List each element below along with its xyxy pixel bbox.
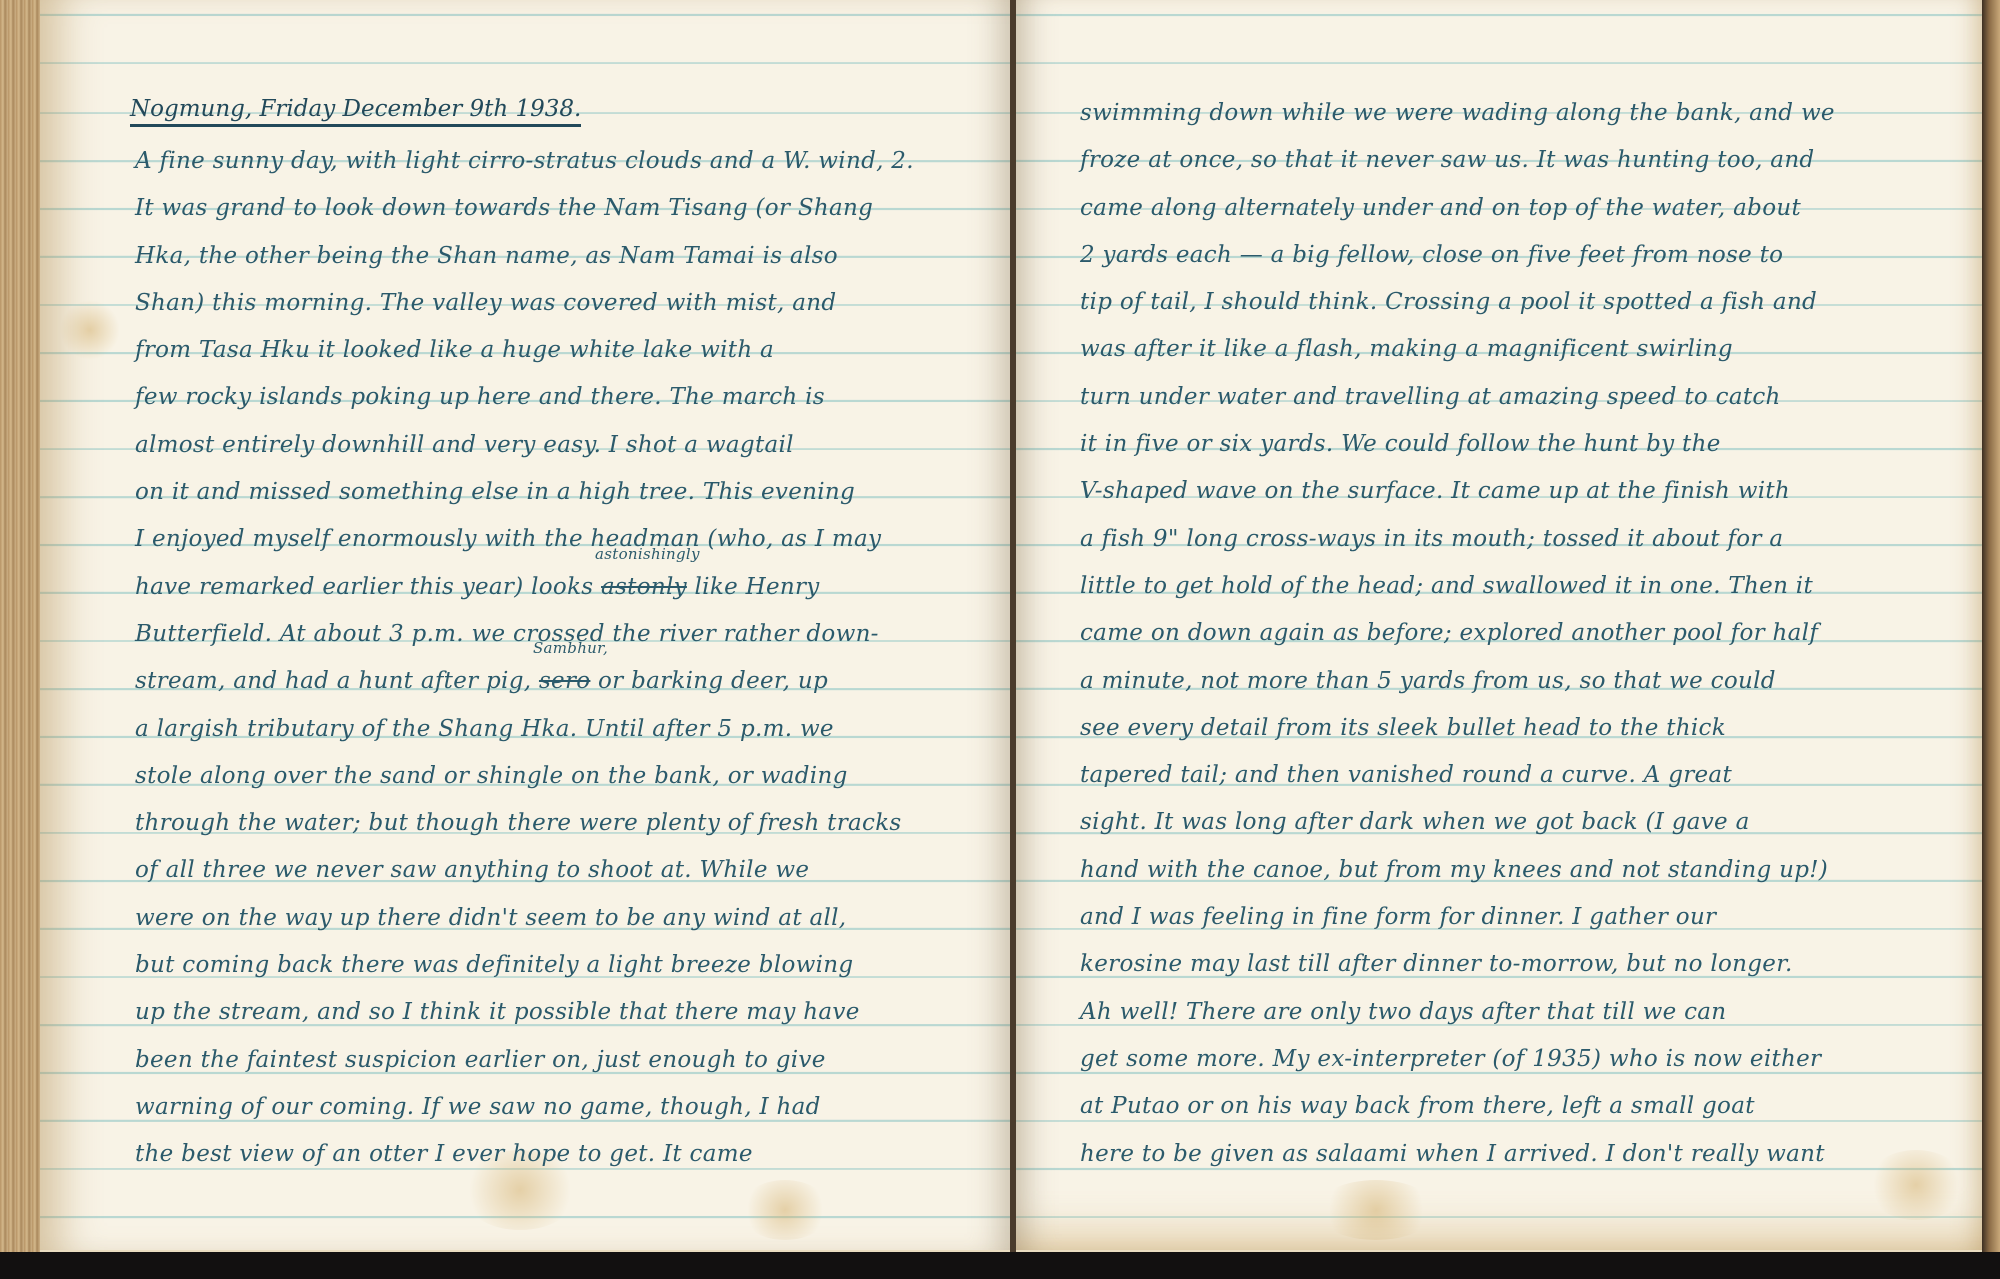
text-line: few rocky islands poking up here and the… <box>135 374 1015 421</box>
text-segment: stream, and had a hunt after pig, <box>135 668 539 694</box>
text-line: 2 yards each — a big fellow, close on fi… <box>1080 232 1980 279</box>
text-line: from Tasa Hku it looked like a huge whit… <box>135 327 1015 374</box>
struck-word: sero <box>539 668 590 694</box>
text-line: came on down again as before; explored a… <box>1080 610 1980 657</box>
left-page: Nogmung, Friday December 9th 1938. A fin… <box>40 0 1010 1250</box>
text-line: were on the way up there didn't seem to … <box>135 895 1015 942</box>
page-edges-left <box>0 0 40 1252</box>
text-line: get some more. My ex-interpreter (of 193… <box>1080 1036 1980 1083</box>
text-line: but coming back there was definitely a l… <box>135 942 1015 989</box>
text-line: Ah well! There are only two days after t… <box>1080 989 1980 1036</box>
text-line: been the faintest suspicion earlier on, … <box>135 1037 1015 1084</box>
scan-background <box>0 1252 2000 1279</box>
text-line: it in five or six yards. We could follow… <box>1080 421 1980 468</box>
text-line: up the stream, and so I think it possibl… <box>135 989 1015 1036</box>
right-page-text: swimming down while we were wading along… <box>1080 90 1980 1178</box>
diary-spread: Nogmung, Friday December 9th 1938. A fin… <box>0 0 2000 1252</box>
text-line: a minute, not more than 5 yards from us,… <box>1080 658 1980 705</box>
inserted-word: Sambhur, <box>533 640 608 656</box>
text-line: It was grand to look down towards the Na… <box>135 185 1015 232</box>
entry-heading: Nogmung, Friday December 9th 1938. <box>130 96 581 127</box>
text-line: Hka, the other being the Shan name, as N… <box>135 233 1015 280</box>
text-line: was after it like a flash, making a magn… <box>1080 326 1980 373</box>
text-line: stole along over the sand or shingle on … <box>135 753 1015 800</box>
text-line: a largish tributary of the Shang Hka. Un… <box>135 706 1015 753</box>
text-line: warning of our coming. If we saw no game… <box>135 1084 1015 1131</box>
text-segment: like Henry <box>687 574 820 600</box>
text-line: of all three we never saw anything to sh… <box>135 847 1015 894</box>
text-line: froze at once, so that it never saw us. … <box>1080 137 1980 184</box>
text-line: came along alternately under and on top … <box>1080 185 1980 232</box>
text-line: a fish 9" long cross-ways in its mouth; … <box>1080 516 1980 563</box>
text-line: see every detail from its sleek bullet h… <box>1080 705 1980 752</box>
text-line: hand with the canoe, but from my knees a… <box>1080 847 1980 894</box>
text-line: swimming down while we were wading along… <box>1080 90 1980 137</box>
text-line: little to get hold of the head; and swal… <box>1080 563 1980 610</box>
text-line: Shan) this morning. The valley was cover… <box>135 280 1015 327</box>
text-line: I enjoyed myself enormously with the hea… <box>135 516 1015 563</box>
correction: Sambhur,sero <box>539 668 590 694</box>
struck-word: astonly <box>601 574 687 600</box>
text-line: tip of tail, I should think. Crossing a … <box>1080 279 1980 326</box>
right-page: swimming down while we were wading along… <box>1016 0 1982 1250</box>
inserted-word: astonishingly <box>595 546 700 562</box>
text-line: on it and missed something else in a hig… <box>135 469 1015 516</box>
text-line: kerosine may last till after dinner to-m… <box>1080 941 1980 988</box>
text-line: turn under water and travelling at amazi… <box>1080 374 1980 421</box>
text-line: A fine sunny day, with light cirro-strat… <box>135 138 1015 185</box>
text-line: here to be given as salaami when I arriv… <box>1080 1131 1980 1178</box>
text-line: V-shaped wave on the surface. It came up… <box>1080 468 1980 515</box>
text-segment: have remarked earlier this year) looks <box>135 574 601 600</box>
text-line: almost entirely downhill and very easy. … <box>135 422 1015 469</box>
text-line-with-correction: stream, and had a hunt after pig, Sambhu… <box>135 658 1015 705</box>
text-line: the best view of an otter I ever hope to… <box>135 1131 1015 1178</box>
text-line-with-correction: have remarked earlier this year) looks a… <box>135 564 1015 611</box>
text-line: through the water; but though there were… <box>135 800 1015 847</box>
text-line: and I was feeling in fine form for dinne… <box>1080 894 1980 941</box>
correction: astonishinglyastonly <box>601 574 687 600</box>
text-segment: or barking deer, up <box>590 668 828 694</box>
left-page-text: A fine sunny day, with light cirro-strat… <box>135 138 1015 1179</box>
page-edges-right <box>1982 0 2000 1252</box>
text-line: tapered tail; and then vanished round a … <box>1080 752 1980 799</box>
text-line: at Putao or on his way back from there, … <box>1080 1083 1980 1130</box>
text-line: sight. It was long after dark when we go… <box>1080 799 1980 846</box>
